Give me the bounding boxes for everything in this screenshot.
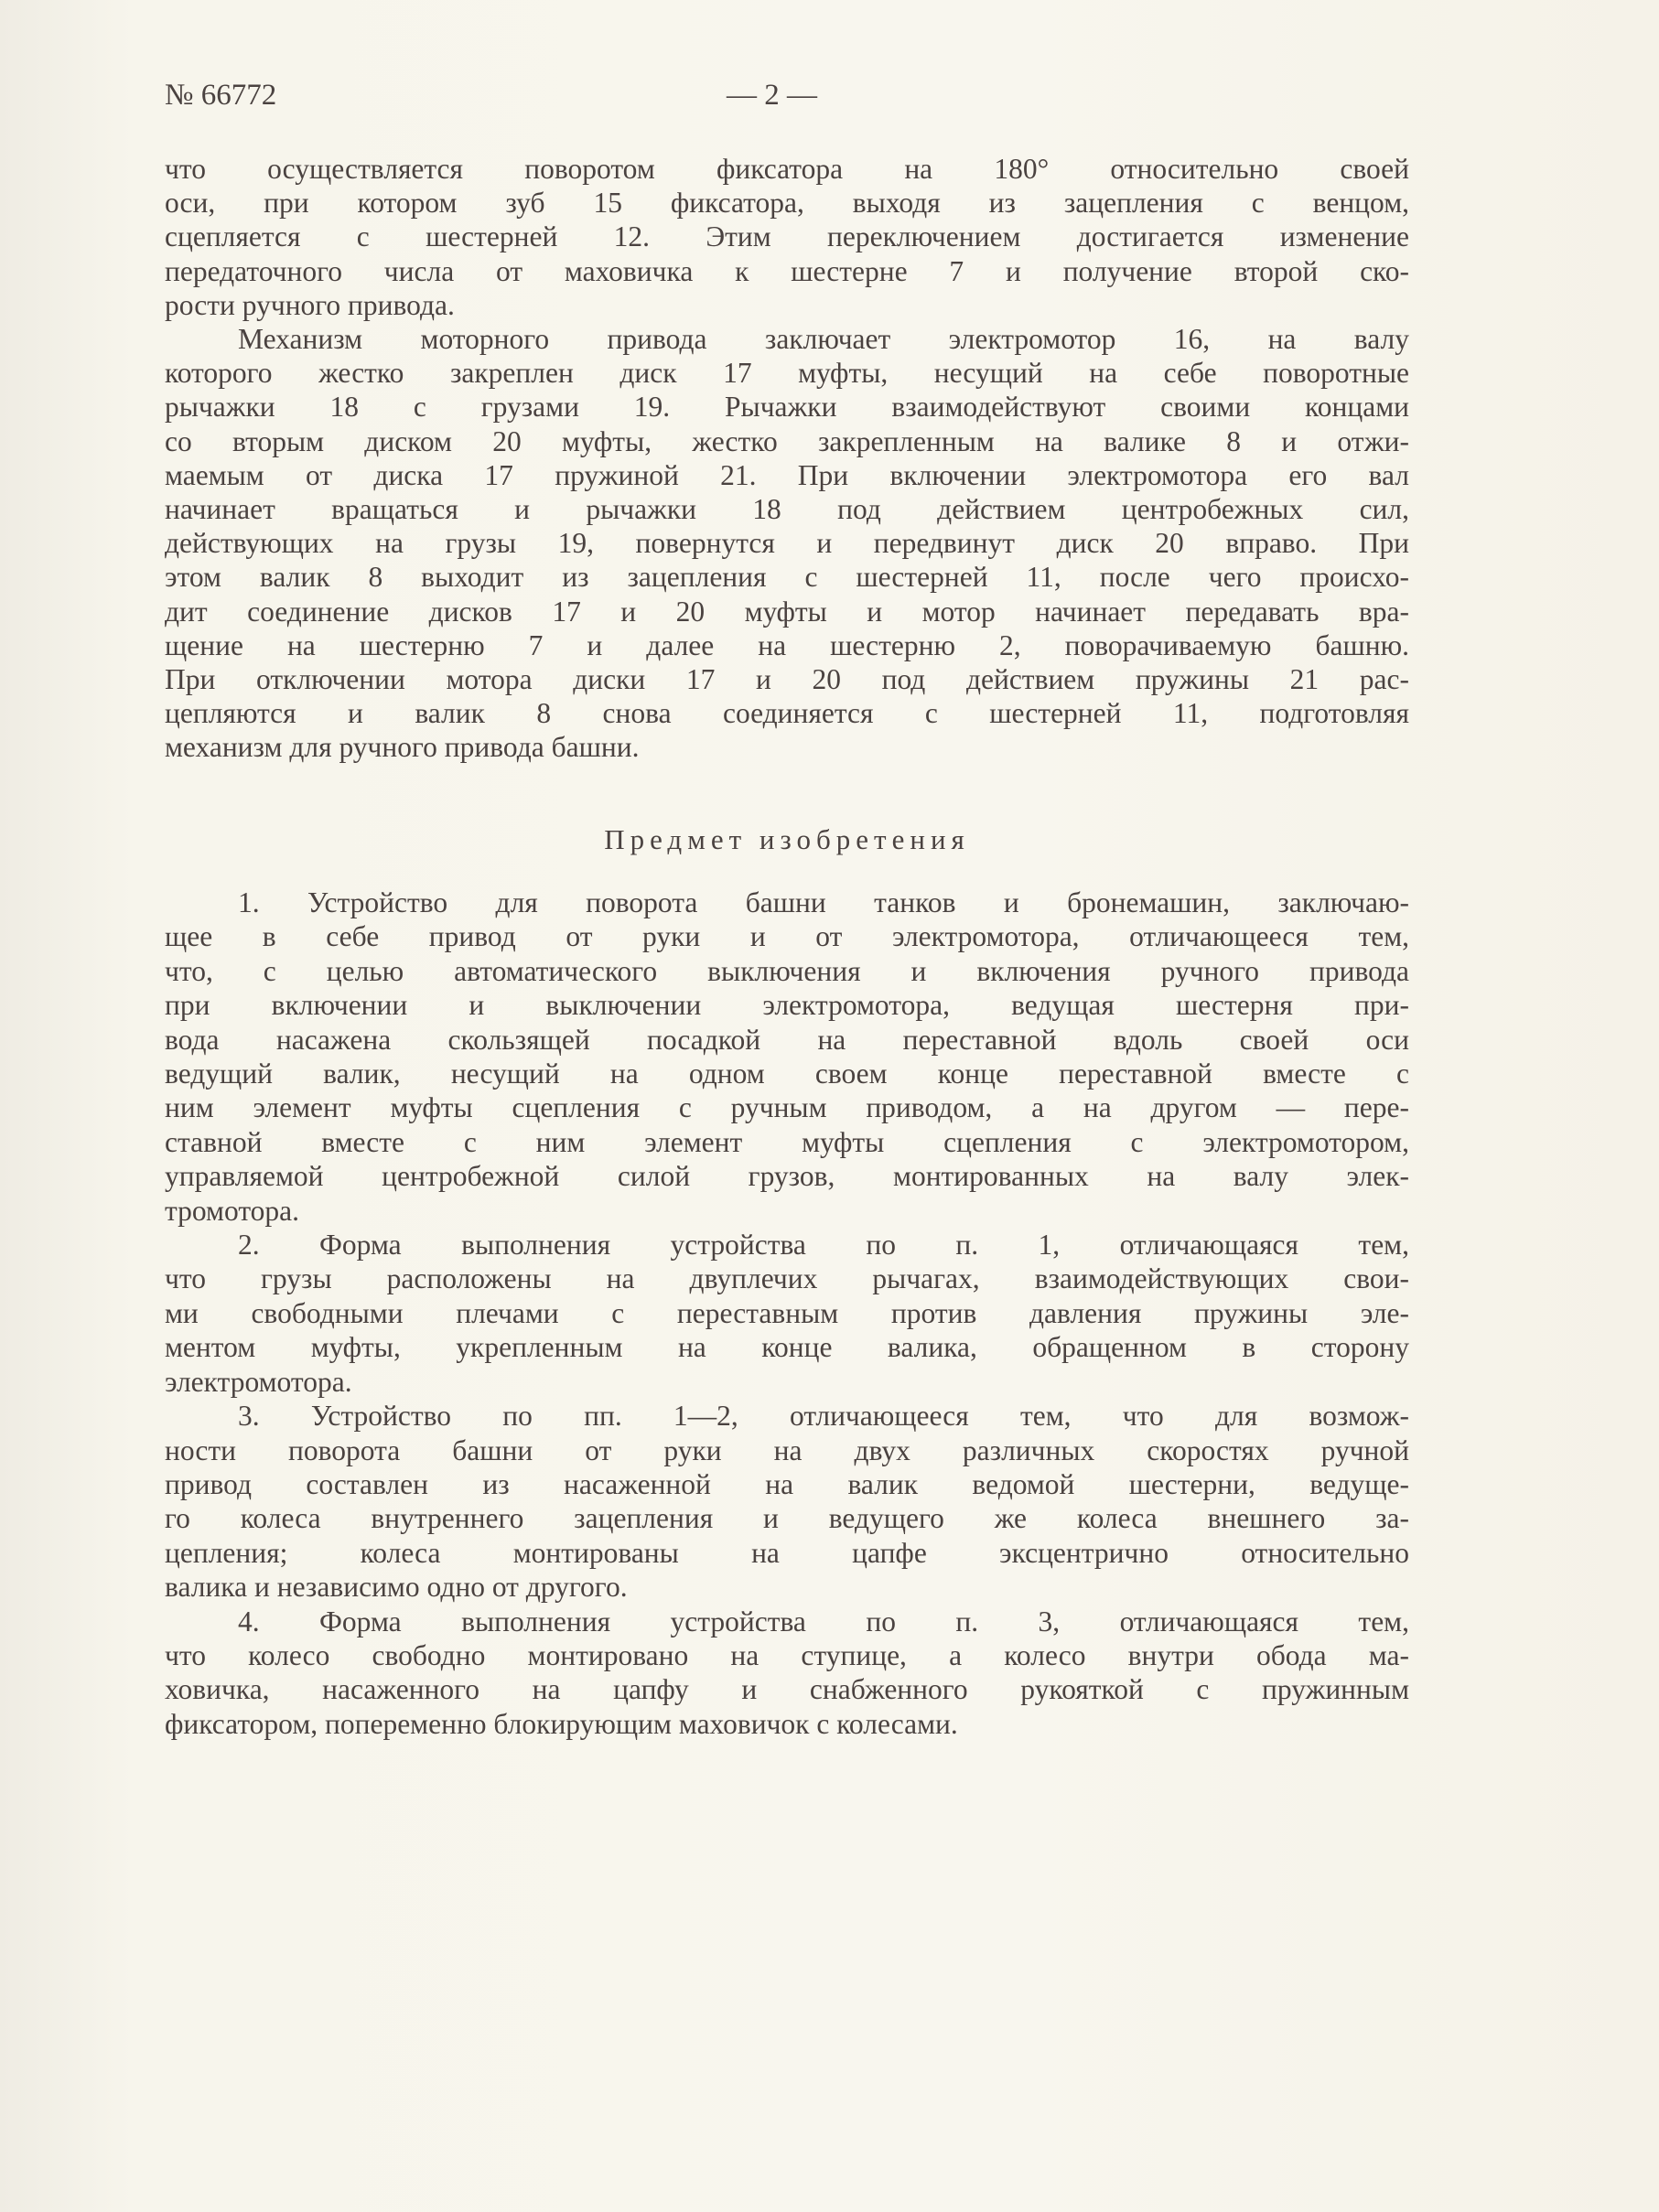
text-line: валика и независимо одно от другого. [165, 1570, 1409, 1604]
text-line: управляемой центробежной силой грузов, м… [165, 1159, 1409, 1193]
text-line: что, с целью автоматического выключения … [165, 954, 1409, 988]
description-paragraph-1: что осуществляется поворотом фиксатора н… [165, 152, 1409, 322]
text-line: со вторым диском 20 муфты, жестко закреп… [165, 424, 1409, 458]
text-line: ведущий валик, несущий на одном своем ко… [165, 1057, 1409, 1090]
text-line: При отключении мотора диски 17 и 20 под … [165, 662, 1409, 696]
text-line: рычажки 18 с грузами 19. Рычажки взаимод… [165, 390, 1409, 424]
text-line: оси, при котором зуб 15 фиксатора, выход… [165, 186, 1409, 220]
text-line: ми свободными плечами с переставным прот… [165, 1296, 1409, 1330]
description-body: что осуществляется поворотом фиксатора н… [165, 152, 1409, 765]
text-line: начинает вращаться и рычажки 18 под дейс… [165, 492, 1409, 526]
page-number: — 2 — [727, 79, 817, 113]
claim-2: 2. Форма выполнения устройства по п. 1, … [165, 1228, 1409, 1399]
text-line: 3. Устройство по пп. 1—2, отличающееся т… [165, 1399, 1409, 1433]
text-line: фиксатором, попеременно блокирующим махо… [165, 1707, 1409, 1741]
text-line: ховичка, насаженного на цапфу и снабженн… [165, 1672, 1409, 1706]
document-page: № 66772 — 2 — что осуществляется поворот… [0, 0, 1659, 2212]
description-paragraph-2: Механизм моторного привода заключает эле… [165, 322, 1409, 765]
text-line: 4. Форма выполнения устройства по п. 3, … [165, 1605, 1409, 1638]
text-line: го колеса внутреннего зацепления и ведущ… [165, 1501, 1409, 1535]
text-line: что осуществляется поворотом фиксатора н… [165, 152, 1409, 186]
text-line: что колесо свободно монтировано на ступи… [165, 1638, 1409, 1672]
text-line: действующих на грузы 19, повернутся и пе… [165, 526, 1409, 560]
text-line: передаточного числа от маховичка к шесте… [165, 254, 1409, 288]
text-line: электромотора. [165, 1365, 1409, 1399]
text-line: которого жестко закреплен диск 17 муфты,… [165, 356, 1409, 390]
text-line: ментом муфты, укрепленным на конце валик… [165, 1330, 1409, 1364]
claim-1: 1. Устройство для поворота башни танков … [165, 886, 1409, 1228]
text-line: ставной вместе с ним элемент муфты сцепл… [165, 1125, 1409, 1159]
text-line: цепления; колеса монтированы на цапфе эк… [165, 1536, 1409, 1570]
text-line: привод составлен из насаженной на валик … [165, 1467, 1409, 1501]
claim-3: 3. Устройство по пп. 1—2, отличающееся т… [165, 1399, 1409, 1604]
text-line: 1. Устройство для поворота башни танков … [165, 886, 1409, 919]
text-line: 2. Форма выполнения устройства по п. 1, … [165, 1228, 1409, 1262]
text-line: тромотора. [165, 1194, 1409, 1228]
text-line: вода насажена скользящей посадкой на пер… [165, 1023, 1409, 1057]
text-line: сцепляется с шестерней 12. Этим переключ… [165, 220, 1409, 253]
text-line: ним элемент муфты сцепления с ручным при… [165, 1090, 1409, 1124]
text-line: при включении и выключении электромотора… [165, 988, 1409, 1022]
text-line: механизм для ручного привода башни. [165, 730, 1409, 764]
text-line: дит соединение дисков 17 и 20 муфты и мо… [165, 595, 1409, 628]
claim-4: 4. Форма выполнения устройства по п. 3, … [165, 1605, 1409, 1742]
text-line: рости ручного привода. [165, 288, 1409, 322]
text-line: этом валик 8 выходит из зацепления с шес… [165, 560, 1409, 594]
page-header: № 66772 — 2 — [165, 79, 1409, 115]
text-line: маемым от диска 17 пружиной 21. При вклю… [165, 458, 1409, 492]
patent-number: № 66772 [165, 79, 276, 113]
text-line: что грузы расположены на двуплечих рычаг… [165, 1262, 1409, 1295]
text-line: щее в себе привод от руки и от электромо… [165, 919, 1409, 953]
text-line: цепляются и валик 8 снова соединяется с … [165, 696, 1409, 730]
claims-list: 1. Устройство для поворота башни танков … [165, 886, 1409, 1741]
section-title: Предмет изобретения [165, 823, 1409, 856]
text-line: Механизм моторного привода заключает эле… [165, 322, 1409, 356]
text-line: щение на шестерню 7 и далее на шестерню … [165, 628, 1409, 662]
text-line: ности поворота башни от руки на двух раз… [165, 1434, 1409, 1467]
